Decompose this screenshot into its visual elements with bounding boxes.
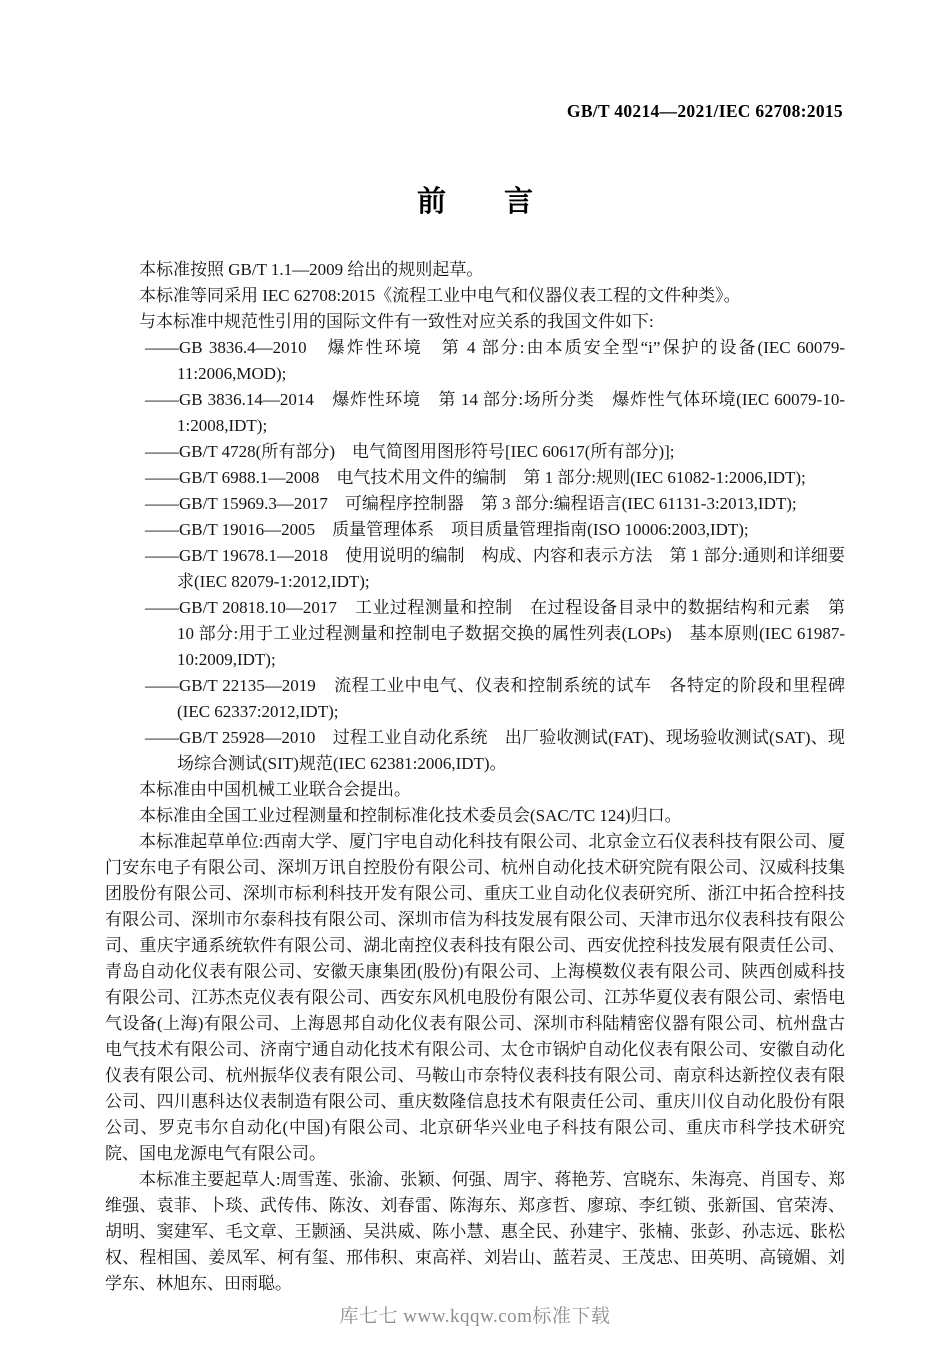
page-title: 前 言 [0,179,950,220]
reference-list: ——GB 3836.4—2010 爆炸性环境 第 4 部分:由本质安全型“i”保… [105,335,845,777]
standard-number-header: GB/T 40214—2021/IEC 62708:2015 [567,101,843,122]
foreword-paragraph: 本标准由中国机械工业联合会提出。 [105,777,845,803]
reference-item: ——GB/T 22135—2019 流程工业中电气、仪表和控制系统的试车 各特定… [105,673,845,725]
reference-item: ——GB/T 25928—2010 过程工业自动化系统 出厂验收测试(FAT)、… [105,725,845,777]
intro-paragraphs: 本标准按照 GB/T 1.1—2009 给出的规则起草。本标准等同采用 IEC … [105,257,845,335]
foreword-paragraph: 本标准等同采用 IEC 62708:2015《流程工业中电气和仪器仪表工程的文件… [105,283,845,309]
foreword-paragraph: 本标准起草单位:西南大学、厦门宇电自动化科技有限公司、北京金立石仪表科技有限公司… [105,829,845,1167]
foreword-paragraph: 本标准按照 GB/T 1.1—2009 给出的规则起草。 [105,257,845,283]
reference-item: ——GB/T 6988.1—2008 电气技术用文件的编制 第 1 部分:规则(… [105,465,845,491]
reference-item: ——GB/T 4728(所有部分) 电气简图用图形符号[IEC 60617(所有… [105,439,845,465]
reference-item: ——GB/T 15969.3—2017 可编程序控制器 第 3 部分:编程语言(… [105,491,845,517]
watermark-footer: 库七七 www.kqqw.com标准下载 [0,1301,950,1328]
reference-item: ——GB/T 20818.10—2017 工业过程测量和控制 在过程设备目录中的… [105,595,845,673]
foreword-paragraph: 本标准由全国工业过程测量和控制标准化技术委员会(SAC/TC 124)归口。 [105,803,845,829]
reference-item: ——GB/T 19016—2005 质量管理体系 项目质量管理指南(ISO 10… [105,517,845,543]
reference-item: ——GB/T 19678.1—2018 使用说明的编制 构成、内容和表示方法 第… [105,543,845,595]
document-page: GB/T 40214—2021/IEC 62708:2015 前 言 本标准按照… [0,0,950,1345]
reference-item: ——GB 3836.4—2010 爆炸性环境 第 4 部分:由本质安全型“i”保… [105,335,845,387]
foreword-paragraph: 本标准主要起草人:周雪莲、张渝、张颖、何强、周宇、蒋艳芳、宫晓东、朱海亮、肖国专… [105,1167,845,1297]
foreword-content: 本标准按照 GB/T 1.1—2009 给出的规则起草。本标准等同采用 IEC … [105,257,845,1297]
page-number: I [810,1221,816,1243]
reference-item: ——GB 3836.14—2014 爆炸性环境 第 14 部分:场所分类 爆炸性… [105,387,845,439]
foreword-paragraph: 与本标准中规范性引用的国际文件有一致性对应关系的我国文件如下: [105,309,845,335]
closing-paragraphs: 本标准由中国机械工业联合会提出。本标准由全国工业过程测量和控制标准化技术委员会(… [105,777,845,1297]
